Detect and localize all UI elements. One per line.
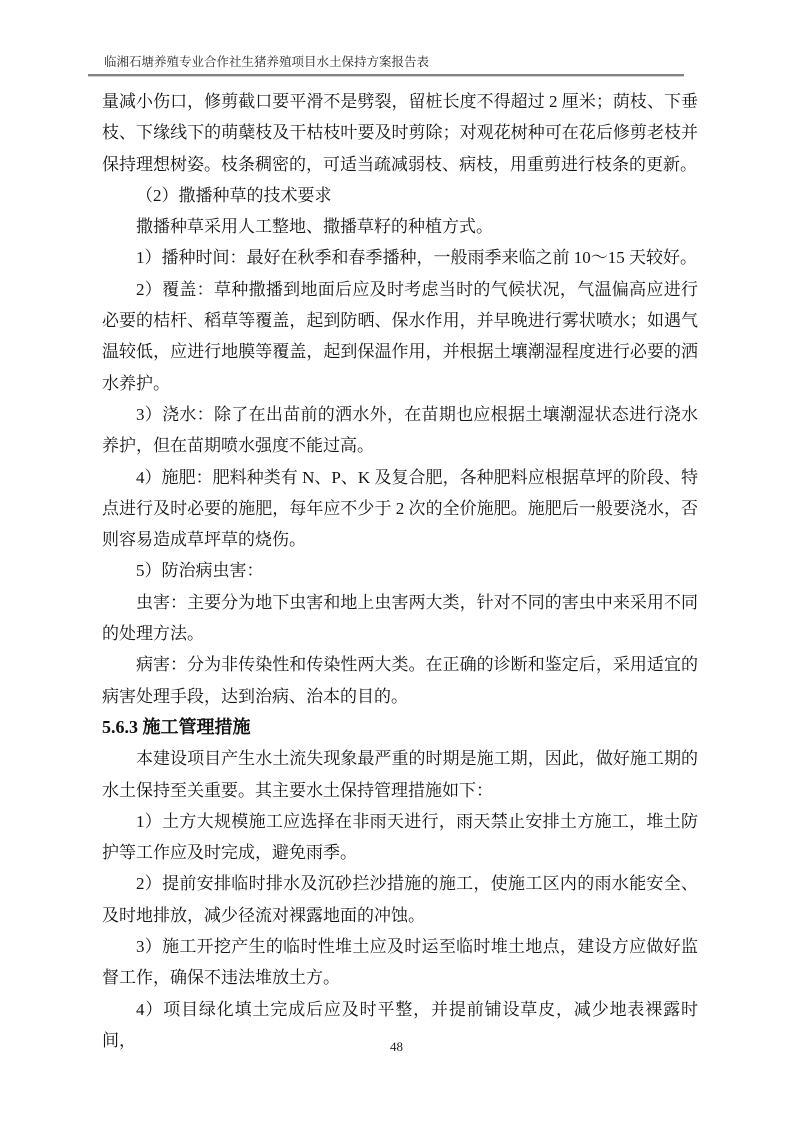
paragraph: 2）提前安排临时排水及沉砂拦沙措施的施工，使施工区内的雨水能安全、及时地排放，减…	[102, 868, 698, 931]
paragraph: （2）撒播种草的技术要求	[102, 180, 698, 211]
paragraph: 5）防治病虫害：	[102, 555, 698, 586]
paragraph: 本建设项目产生水土流失现象最严重的时期是施工期，因此，做好施工期的水土保持至关重…	[102, 743, 698, 806]
paragraph: 4）施肥：肥料种类有 N、P、K 及复合肥，各种肥料应根据草坪的阶段、特点进行及…	[102, 462, 698, 556]
document-page: 临湘石塘养殖专业合作社生猪养殖项目水土保持方案报告表 量减小伤口，修剪截口要平滑…	[0, 0, 793, 1122]
paragraph: 量减小伤口，修剪截口要平滑不是劈裂，留桩长度不得超过 2 厘米；荫枝、下垂枝、下…	[102, 86, 698, 180]
paragraph: 病害：分为非传染性和传染性两大类。在正确的诊断和鉴定后，采用适宜的病害处理手段，…	[102, 649, 698, 712]
section-heading-5-6-3: 5.6.3 施工管理措施	[102, 712, 698, 743]
paragraph: 1）播种时间：最好在秋季和春季播种，一般雨季来临之前 10～15 天较好。	[102, 242, 698, 273]
paragraph: 3）施工开挖产生的临时性堆土应及时运至临时堆土地点，建设方应做好监督工作，确保不…	[102, 931, 698, 994]
paragraph: 2）覆盖：草种撒播到地面后应及时考虑当时的气候状况，气温偏高应进行必要的桔杆、稻…	[102, 274, 698, 399]
page-header: 临湘石塘养殖专业合作社生猪养殖项目水土保持方案报告表	[88, 54, 684, 76]
paragraph: 1）土方大规模施工应选择在非雨天进行，雨天禁止安排土方施工，堆土防护等工作应及时…	[102, 806, 698, 869]
paragraph: 撒播种草采用人工整地、撒播草籽的种植方式。	[102, 211, 698, 242]
page-footer: 48	[0, 1039, 793, 1055]
paragraph: 虫害：主要分为地下虫害和地上虫害两大类，针对不同的害虫中来采用不同的处理方法。	[102, 587, 698, 650]
paragraph: 3）浇水：除了在出苗前的洒水外，在苗期也应根据土壤潮湿状态进行浇水养护，但在苗期…	[102, 399, 698, 462]
page-number: 48	[390, 1039, 403, 1054]
document-body: 量减小伤口，修剪截口要平滑不是劈裂，留桩长度不得超过 2 厘米；荫枝、下垂枝、下…	[102, 86, 698, 1056]
header-title: 临湘石塘养殖专业合作社生猪养殖项目水土保持方案报告表	[104, 55, 429, 69]
